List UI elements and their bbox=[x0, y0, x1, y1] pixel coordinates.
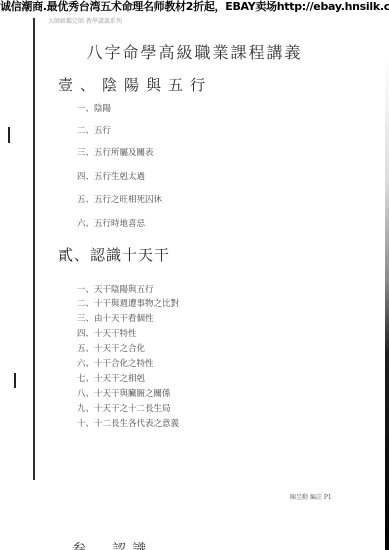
list-item: 七、十天干之相剋 bbox=[77, 372, 145, 384]
list-item: 六、十干合化之特性 bbox=[77, 357, 154, 369]
binding-rule bbox=[33, 18, 35, 480]
list-item: 二、十干與週遭事物之比對 bbox=[77, 297, 179, 309]
list-item: 三、由十天干看個性 bbox=[77, 312, 154, 324]
list-item: 一、天干陰陽與五行 bbox=[77, 283, 154, 295]
list-item: 八、十天干與臟腑之關係 bbox=[77, 387, 171, 399]
list-item: 四、五行生剋太過 bbox=[77, 170, 145, 182]
header-note: 大師級鑑定師 教學講義系列 bbox=[48, 16, 122, 25]
scan-edge-shadow bbox=[385, 60, 389, 550]
list-item: 九、十天干之十二長生局 bbox=[77, 402, 171, 414]
list-item: 二、五行 bbox=[77, 124, 111, 136]
section-heading-2: 貳、認識十天干 bbox=[58, 244, 170, 265]
footer-author-page: 陳昱勳 編註 P1 bbox=[290, 492, 332, 501]
list-item: 三、五行所屬及關表 bbox=[77, 146, 154, 158]
next-section-fragment: 叁、認識 bbox=[72, 540, 152, 550]
list-item: 五、十天干之合化 bbox=[77, 342, 145, 354]
scan-artifact bbox=[8, 127, 10, 143]
list-item: 十、十二長生各代表之意義 bbox=[77, 417, 179, 429]
list-item: 五、五行之旺相死囚休 bbox=[77, 193, 162, 205]
watermark-banner: 诚信潮商.最优秀台湾五术命理名师教材2折起，EBAY卖场http://ebay.… bbox=[0, 0, 389, 13]
document-title: 八字命學高級職業課程講義 bbox=[0, 40, 389, 63]
list-item: 一、陰陽 bbox=[77, 102, 111, 114]
list-item: 六、五行時地喜忌 bbox=[77, 217, 145, 229]
section-heading-1: 壹、陰陽與五行 bbox=[58, 74, 212, 95]
scan-artifact bbox=[14, 373, 16, 388]
list-item: 四、十天干特性 bbox=[77, 327, 137, 339]
